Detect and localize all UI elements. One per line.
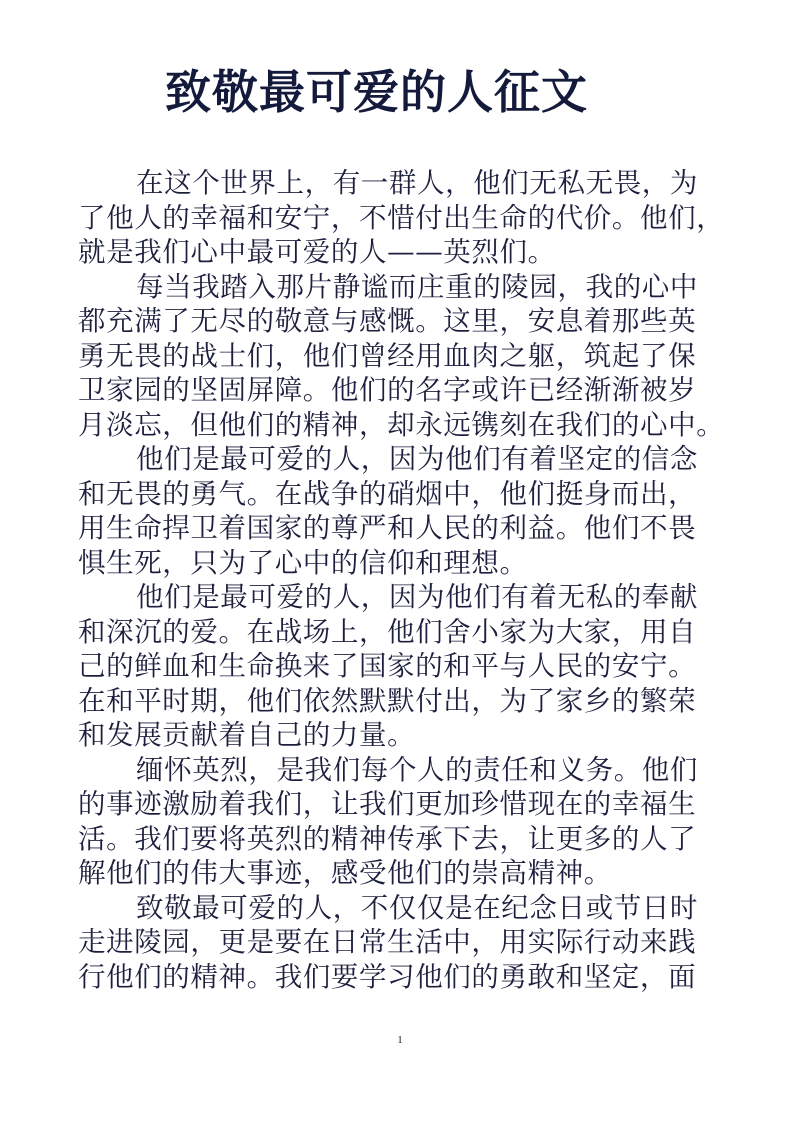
paragraph-line: 在和平时期，他们依然默默付出，为了家乡的繁荣 (78, 684, 728, 719)
paragraph-line: 都充满了无尽的敬意与感慨。这里，安息着那些英 (78, 304, 728, 339)
paragraph-line: 解他们的伟大事迹，感受他们的崇高精神。 (78, 856, 728, 891)
paragraph-line: 卫家园的坚固屏障。他们的名字或许已经渐渐被岁 (78, 373, 728, 408)
paragraph-line: 就是我们心中最可爱的人——英烈们。 (78, 235, 728, 270)
paragraph-line: 在这个世界上，有一群人，他们无私无畏，为 (78, 166, 728, 201)
paragraph-line: 和深沉的爱。在战场上，他们舍小家为大家，用自 (78, 615, 728, 650)
paragraph-line: 月淡忘，但他们的精神，却永远镌刻在我们的心中。 (78, 408, 728, 443)
paragraph-line: 活。我们要将英烈的精神传承下去，让更多的人了 (78, 822, 728, 857)
paragraph-line: 每当我踏入那片静谧而庄重的陵园，我的心中 (78, 270, 728, 305)
paragraph-line: 致敬最可爱的人，不仅仅是在纪念日或节日时 (78, 891, 728, 926)
paragraph-line: 走进陵园，更是要在日常生活中，用实际行动来践 (78, 925, 728, 960)
paragraph-line: 用生命捍卫着国家的尊严和人民的利益。他们不畏 (78, 511, 728, 546)
paragraph-line: 勇无畏的战士们，他们曾经用血肉之躯，筑起了保 (78, 339, 728, 374)
paragraph-line: 他们是最可爱的人，因为他们有着无私的奉献 (78, 580, 728, 615)
paragraph-line: 己的鲜血和生命换来了国家的和平与人民的安宁。 (78, 649, 728, 684)
document-body: 在这个世界上，有一群人，他们无私无畏，为 了他人的幸福和安宁，不惜付出生命的代价… (78, 166, 728, 994)
paragraph-line: 和无畏的勇气。在战争的硝烟中，他们挺身而出， (78, 477, 728, 512)
paragraph-line: 和发展贡献着自己的力量。 (78, 718, 728, 753)
paragraph-line: 他们是最可爱的人，因为他们有着坚定的信念 (78, 442, 728, 477)
page-number: 1 (393, 1033, 407, 1047)
paragraph-line: 了他人的幸福和安宁，不惜付出生命的代价。他们， (78, 201, 728, 236)
paragraph-line: 的事迹激励着我们，让我们更加珍惜现在的幸福生 (78, 787, 728, 822)
paragraph-line: 缅怀英烈，是我们每个人的责任和义务。他们 (78, 753, 728, 788)
document-title: 致敬最可爱的人征文 (165, 62, 585, 122)
document-page: 致敬最可爱的人征文 在这个世界上，有一群人，他们无私无畏，为 了他人的幸福和安宁… (0, 0, 800, 1131)
paragraph-line: 行他们的精神。我们要学习他们的勇敢和坚定，面 (78, 960, 728, 995)
paragraph-line: 惧生死，只为了心中的信仰和理想。 (78, 546, 728, 581)
